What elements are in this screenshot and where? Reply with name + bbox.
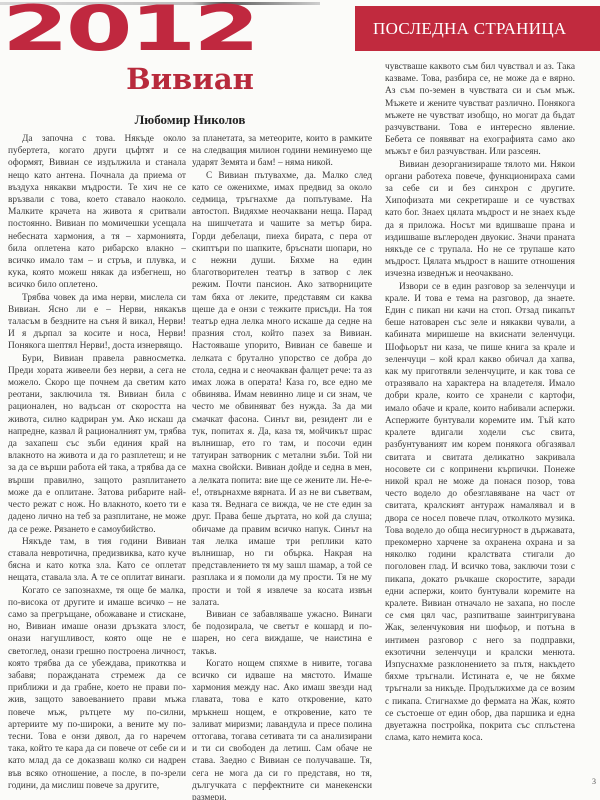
paragraph: Вивиан се забавляваше ужасно. Винаги бе … <box>192 609 372 658</box>
page-number: 3 <box>592 777 596 786</box>
paragraph: Бури, Вивиан правела равносметка. Преди … <box>8 353 186 536</box>
paragraph: Когато се запознахме, тя още бе малка, п… <box>8 585 186 792</box>
article-title: Вивиан <box>60 62 320 96</box>
article-column-2: за планетата, за метеорите, които в рамк… <box>192 133 372 800</box>
article-column-1: Да започна с това. Някъде около пубертет… <box>8 133 186 800</box>
paragraph: Да започна с това. Някъде около пубертет… <box>8 133 186 292</box>
section-title: ПОСЛЕДНА СТРАНИЦА <box>373 19 566 39</box>
paragraph: Вивиан дезорганизираше тялото ми. Някои … <box>385 159 575 281</box>
paragraph: за планетата, за метеорите, които в рамк… <box>192 133 372 170</box>
article-column-3: чувстваше каквото съм бил чувствал и аз.… <box>385 61 575 800</box>
year-masthead: 2012 <box>2 4 257 54</box>
paragraph: Извори се в един разговор за зеленчуци и… <box>385 281 575 745</box>
paragraph: Трябва човек да има нерви, мислела си Ви… <box>8 292 186 353</box>
paragraph: чувстваше каквото съм бил чувствал и аз.… <box>385 61 575 159</box>
section-banner: ПОСЛЕДНА СТРАНИЦА <box>355 6 600 51</box>
article-author: Любомир Николов <box>60 112 320 128</box>
paragraph: Някъде там, в тия години Вивиан ставала … <box>8 536 186 585</box>
paragraph: С Вивиан пътувахме, да. Малко след като … <box>192 170 372 609</box>
paragraph: Когато нощем спяхме в нивите, тогава вси… <box>192 658 372 800</box>
